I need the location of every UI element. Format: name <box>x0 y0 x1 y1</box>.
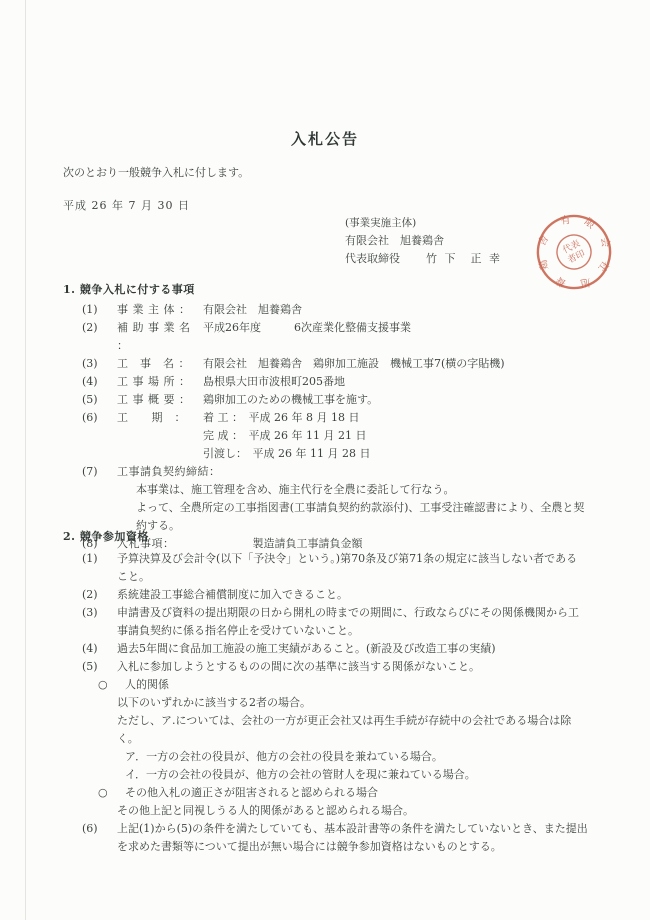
qualification-row: (4) 過去5年間に食品加工施設の施工実績があること。(新設及び改造工事の実績) <box>63 640 588 658</box>
row-construction-outline: (5) 工 事 概 要 ： 鶏卵加工のための機械工事を施す。 <box>63 391 588 409</box>
row-subsidy-program: (2) 補 助 事 業 名 ： 平成26年度 6次産業化整備支援事業 <box>63 319 588 355</box>
sub-item-a: ア．一方の会社の役員が、他方の会社の役員を兼ねている場合。 <box>63 748 588 766</box>
section2-heading: 2. 競争参加資格 <box>63 528 588 546</box>
item-label: 工事請負契約締結： <box>117 463 221 481</box>
item-number: (1) <box>82 301 117 319</box>
item-number: (2) <box>82 319 117 337</box>
item-label: 事 業 主 体 ： <box>117 301 203 319</box>
qualification-row: (2) 系統建設工事総合補償制度に加入できること。 <box>63 586 588 604</box>
period-completion: 完 成 ： 平成 26 年 11 月 21 日 <box>203 427 588 445</box>
row-contract-conclusion: (7) 工事請負契約締結： <box>63 463 588 481</box>
period-start: 着 工 ： 平成 26 年 8 月 18 日 <box>203 409 588 427</box>
item-value: 有限会社 旭養鶏舎 <box>203 301 588 319</box>
item-text: 申請書及び資料の提出期限の日から開札の時までの期間に、行政ならびにその関係機関か… <box>117 604 588 640</box>
section1-heading: 1. 競争入札に付する事項 <box>63 281 588 299</box>
section-participation-qualifications: 2. 競争参加資格 (1) 予算決算及び会計令(以下「予決令」という。)第70条… <box>63 528 588 856</box>
circle-bullet-icon: ○ <box>98 676 125 694</box>
item-value: 平成26年度 6次産業化整備支援事業 <box>203 319 588 337</box>
item-number: (4) <box>82 640 117 658</box>
item-text: 系統建設工事総合補償制度に加入できること。 <box>117 586 588 604</box>
row-construction-site: (4) 工 事 場 所 ： 島根県大田市波根町205番地 <box>63 373 588 391</box>
row-construction-name: (3) 工 事 名 ： 有限会社 旭養鶏舎 鶏卵加工施設 機械工事7(横の字貼機… <box>63 355 588 373</box>
item-number: (5) <box>82 658 117 676</box>
bullet-text: その他入札の適正さが阻害されると認められる場合 <box>125 784 588 802</box>
sub-item-i: イ．一方の会社の役員が、他方の会社の管財人を現に兼ねている場合。 <box>63 766 588 784</box>
item-value: 有限会社 旭養鶏舎 鶏卵加工施設 機械工事7(横の字貼機) <box>203 355 588 373</box>
item-number: (5) <box>82 391 117 409</box>
period-dates: 着 工 ： 平成 26 年 8 月 18 日 完 成 ： 平成 26 年 11 … <box>203 409 588 463</box>
item-label: 工 事 場 所 ： <box>117 373 203 391</box>
issuer-representative: 代表取締役竹 下 正 幸 <box>345 250 502 268</box>
qualification-row: (3) 申請書及び資料の提出期限の日から開札の時までの期間に、行政ならびにその関… <box>63 604 588 640</box>
representative-name: 竹 下 正 幸 <box>426 252 502 265</box>
qualification-row: (6) 上記(1)から(5)の条件を満たしていても、基本設計書等の条件を満たして… <box>63 820 588 856</box>
item-number: (3) <box>82 355 117 373</box>
item-label: 補 助 事 業 名 ： <box>117 319 203 355</box>
item-label: 工 事 概 要 ： <box>117 391 203 409</box>
row-construction-period: (6) 工 期 ： 着 工 ： 平成 26 年 8 月 18 日 完 成 ： 平… <box>63 409 588 463</box>
bullet-personal-relations: ○ 人的関係 <box>63 676 588 694</box>
item-number: (7) <box>82 463 117 481</box>
item-number: (6) <box>82 820 117 838</box>
sub-line: ただし、ア.については、会社の一方が更正会社又は再生手続が存続中の会社である場合… <box>63 712 588 748</box>
issuer-company: 有限会社 旭養鶏舎 <box>345 232 502 250</box>
sub-line: その他上記と同視しうる人的関係があると認められる場合。 <box>63 802 588 820</box>
item-number: (1) <box>82 550 117 568</box>
item-text: 過去5年間に食品加工施設の施工実績があること。(新設及び改造工事の実績) <box>117 640 588 658</box>
section-tender-matters: 1. 競争入札に付する事項 (1) 事 業 主 体 ： 有限会社 旭養鶏舎 (2… <box>63 281 588 553</box>
sub-line: 以下のいずれかに該当する2者の場合。 <box>63 694 588 712</box>
bullet-text: 人的関係 <box>125 676 588 694</box>
item-number: (2) <box>82 586 117 604</box>
issuer-block: (事業実施主体) 有限会社 旭養鶏舎 代表取締役竹 下 正 幸 <box>345 214 502 268</box>
item-text: 入札に参加しようとするものの間に次の基準に該当する関係がないこと。 <box>117 658 588 676</box>
circle-bullet-icon: ○ <box>98 784 125 802</box>
item-value: 鶏卵加工のための機械工事を施す。 <box>203 391 588 409</box>
document-title: 入札公告 <box>0 128 650 149</box>
intro-text: 次のとおり一般競争入札に付します。 <box>63 164 249 180</box>
item-label: 工 期 ： <box>117 409 203 427</box>
item-label: 工 事 名 ： <box>117 355 203 373</box>
qualification-row: (1) 予算決算及び会計令(以下「予決令」という。)第70条及び第71条の規定に… <box>63 550 588 586</box>
item-value: 島根県大田市波根町205番地 <box>203 373 588 391</box>
period-handover: 引渡し： 平成 26 年 11 月 28 日 <box>203 445 588 463</box>
representative-title: 代表取締役 <box>345 252 400 265</box>
announcement-date: 平成 26 年 7 月 30 日 <box>63 197 190 213</box>
item-number: (3) <box>82 604 117 622</box>
issuer-note: (事業実施主体) <box>345 214 502 232</box>
qualification-row: (5) 入札に参加しようとするものの間に次の基準に該当する関係がないこと。 <box>63 658 588 676</box>
row-business-entity: (1) 事 業 主 体 ： 有限会社 旭養鶏舎 <box>63 301 588 319</box>
bullet-other-impairment: ○ その他入札の適正さが阻害されると認められる場合 <box>63 784 588 802</box>
item-text: 上記(1)から(5)の条件を満たしていても、基本設計書等の条件を満たしていないと… <box>117 820 588 856</box>
item-text: 予算決算及び会計令(以下「予決令」という。)第70条及び第71条の規定に該当しな… <box>117 550 588 586</box>
item-number: (4) <box>82 373 117 391</box>
contract-detail-line: 本事業は、施工管理を含め、施主代行を全農に委託して行なう。 <box>82 481 588 499</box>
item-number: (6) <box>82 409 117 427</box>
